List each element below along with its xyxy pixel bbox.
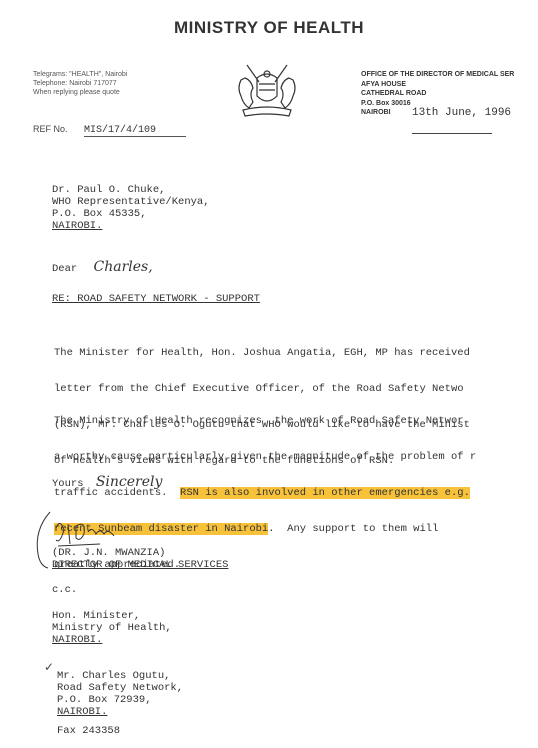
building-line: AFYA HOUSE: [361, 80, 514, 90]
salutation-handwritten-name: Charles,: [94, 259, 153, 275]
telegrams-line: Telegrams: "HEALTH", Nairobi: [33, 70, 127, 79]
recipient-box: P.O. Box 45335,: [52, 208, 210, 220]
recipient-name: Dr. Paul O. Chuke,: [52, 184, 210, 196]
cc-line: NAIROBI.: [52, 634, 172, 646]
plain-text: . Any support to them will: [268, 523, 438, 535]
paragraph-line: recent Sunbeam disaster in Nairobi. Any …: [54, 523, 538, 535]
coat-of-arms-icon: [233, 62, 301, 120]
cc-line: Ministry of Health,: [52, 622, 172, 634]
cc-label: c.c.: [52, 584, 77, 596]
signer-name: (DR. J.N. MWANZIA): [52, 547, 228, 559]
closing: Yours Sincerely: [52, 476, 162, 490]
ref-label: REF No.: [33, 124, 68, 134]
quote-line: When replying please quote: [33, 88, 127, 97]
letter-date: 13th June, 1996: [412, 107, 511, 119]
signer-title: DIRECTOR OF MEDICAL SERVICES: [52, 559, 228, 571]
cc-line: NAIROBI.: [57, 706, 183, 718]
fax-number: Fax 243358: [57, 725, 120, 737]
reference-number: REF No. MIS/17/4/109: [33, 124, 186, 137]
highlighted-text: RSN is also involved in other emergencie…: [180, 487, 470, 499]
date-underline: [412, 133, 492, 134]
paragraph-line: a worthy cause particularly given the ma…: [54, 451, 538, 463]
paragraph-line: The Ministry of Health recognizes the wo…: [54, 415, 538, 427]
checkmark-icon: ✓: [44, 660, 54, 675]
subject-line: RE: ROAD SAFETY NETWORK - SUPPORT: [52, 293, 260, 305]
cc-line: Road Safety Network,: [57, 682, 183, 694]
office-line: OFFICE OF THE DIRECTOR OF MEDICAL SER: [361, 70, 514, 80]
telephone-line: Telephone: Nairobi 717077: [33, 79, 127, 88]
cc-line: Mr. Charles Ogutu,: [57, 670, 183, 682]
recipient-city: NAIROBI.: [52, 220, 210, 232]
recipient-title: WHO Representative/Kenya,: [52, 196, 210, 208]
letterhead-title: MINISTRY OF HEALTH: [0, 18, 538, 38]
cc-line: P.O. Box 72939,: [57, 694, 183, 706]
closing-handwritten: Sincerely: [96, 474, 163, 490]
recipient-address: Dr. Paul O. Chuke, WHO Representative/Ke…: [52, 184, 210, 232]
cc-recipient-2: Mr. Charles Ogutu, Road Safety Network, …: [57, 670, 183, 718]
closing-label: Yours: [52, 478, 84, 490]
salutation-label: Dear: [52, 263, 77, 275]
cc-recipient-1: Hon. Minister, Ministry of Health, NAIRO…: [52, 610, 172, 646]
paragraph-line: The Minister for Health, Hon. Joshua Ang…: [54, 347, 538, 359]
salutation: Dear Charles,: [52, 261, 153, 275]
cc-line: Hon. Minister,: [52, 610, 172, 622]
road-line: CATHEDRAL ROAD: [361, 89, 514, 99]
letterhead-contact-info: Telegrams: "HEALTH", Nairobi Telephone: …: [33, 70, 127, 97]
signer-block: (DR. J.N. MWANZIA) DIRECTOR OF MEDICAL S…: [52, 547, 228, 571]
ref-value: MIS/17/4/109: [84, 125, 186, 137]
